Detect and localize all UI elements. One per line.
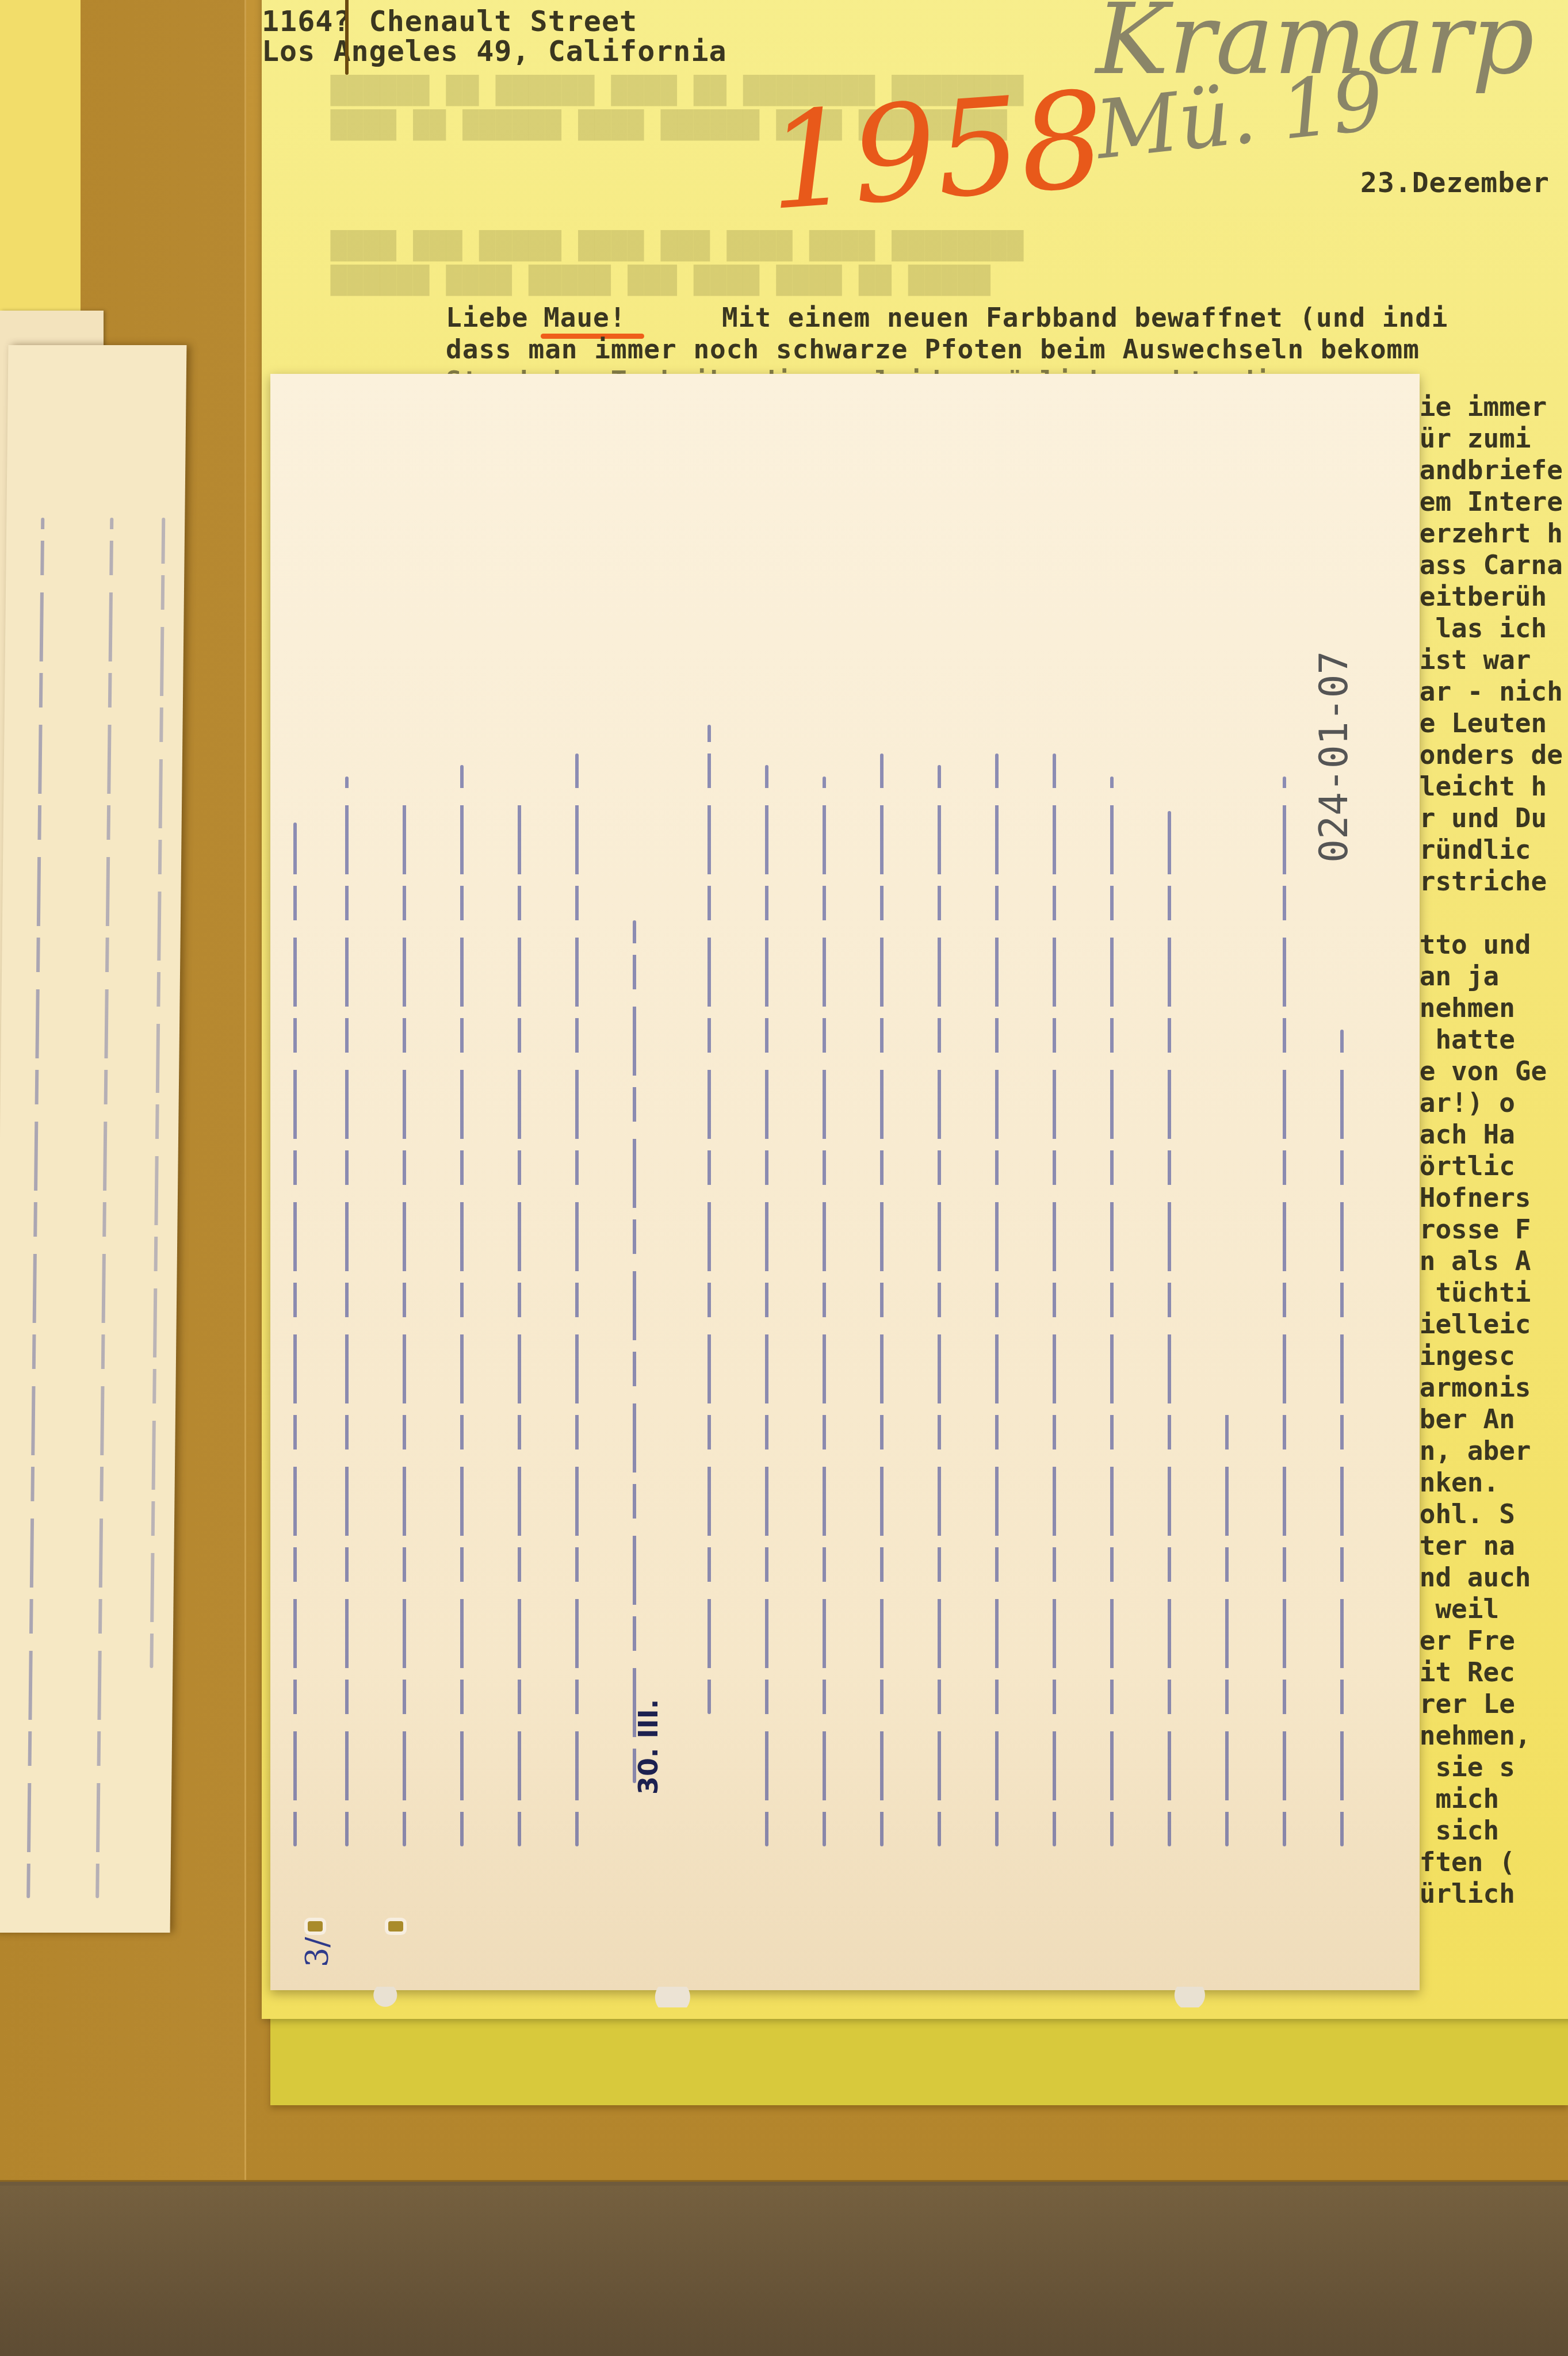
handwritten-letter: 024-01-07 30. III. 3/ bbox=[270, 374, 1420, 1990]
salutation-greeting: Liebe bbox=[446, 302, 528, 333]
page-marker: 3/ bbox=[299, 1937, 335, 1967]
metal-clip bbox=[345, 0, 349, 75]
left-yellow-sheet bbox=[0, 0, 81, 322]
address-line-1: 1164? Chenault Street bbox=[262, 5, 637, 38]
typed-right-edge-fragments: wie immer für zumi landbriefe rem Intere… bbox=[1403, 391, 1568, 1910]
torn-bottom-edge bbox=[270, 1987, 1420, 2007]
folder-crease bbox=[244, 0, 246, 2180]
salutation-name: Maue! bbox=[544, 302, 626, 333]
left-handwritten-page-front bbox=[0, 345, 186, 1933]
punch-hole bbox=[388, 1921, 403, 1932]
table-surface bbox=[0, 2186, 1568, 2356]
year-annotation: 1958 bbox=[763, 63, 1110, 240]
letter-date: 23.Dezember bbox=[1360, 167, 1550, 199]
margin-date: 30. III. bbox=[633, 1699, 664, 1795]
archive-number: 024-01-07 bbox=[1311, 651, 1357, 863]
body-line-1: Mit einem neuen Farbband bewaffnet (und … bbox=[722, 302, 1448, 333]
punch-hole bbox=[308, 1921, 323, 1932]
address-line-2: Los Angeles 49, California bbox=[262, 35, 727, 68]
body-line-2: dass man immer noch schwarze Pfoten beim… bbox=[446, 334, 1420, 365]
